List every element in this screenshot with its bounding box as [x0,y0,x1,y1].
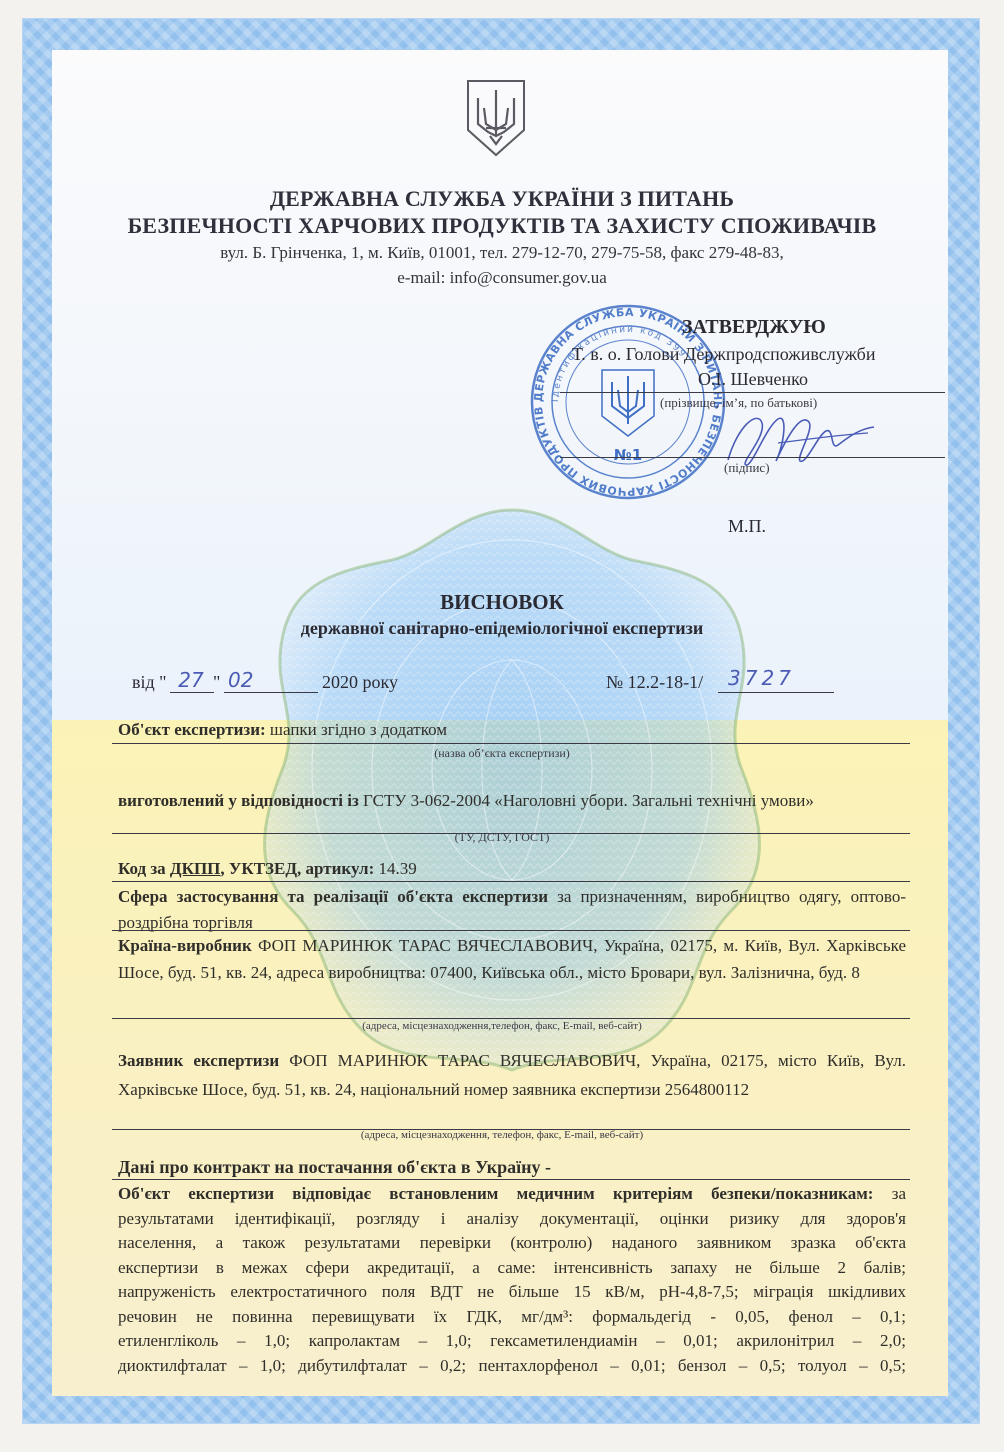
standard-hint: (ТУ, ДСТУ, ГОСТ) [0,830,1004,845]
conclusion-line: результатами ідентифікації, розгляду і а… [118,1207,906,1232]
field-code: Код за ДКПП, УКТЗЕД, артикул: 14.39 [118,856,906,882]
conclusion-line: етиленгліколь – 1,0; капролактам – 1,0; … [118,1329,906,1354]
signature-hint: (підпис) [724,460,770,476]
document-number-underline [718,692,834,693]
object-underline [112,743,910,744]
date-day-underline [170,692,214,693]
date-prefix: від " [132,672,167,693]
signature-underline [560,457,945,458]
conclusion-line: населення, а також результатами перевірк… [118,1231,906,1256]
conclusion-text: Об'єкт експертизи відповідає встановлени… [118,1182,906,1378]
conclusion-line: експертизи в межах сфери акредитації, а … [118,1256,906,1281]
date-month-underline [224,692,318,693]
object-hint: (назва об’єкта експертизи) [0,746,1004,761]
field-scope: Сфера застосування та реалізації об'єкта… [118,884,906,936]
authority-email: e-mail: info@consumer.gov.ua [0,268,1004,288]
conclusion-line: напруженість електростатичного поля ВДТ … [118,1280,906,1305]
document-number-handwritten: 3727 [728,666,795,690]
conclusion-line: речовин не повинна перевищувати їх ГДК, … [118,1305,906,1330]
contract-underline [112,1179,910,1180]
approval-title: ЗАТВЕРДЖУЮ [682,316,826,339]
country-hint: (адреса, місцезнаходження,телефон, факс,… [0,1020,1004,1032]
applicant-hint: (адреса, місцезнаходження, телефон, факс… [0,1129,1004,1141]
approver-role: Т. в. о. Голови Держпродспоживслужби [572,344,875,365]
authority-name-line1: ДЕРЖАВНА СЛУЖБА УКРАЇНИ З ПИТАНЬ [0,186,1004,212]
field-standard: виготовлений у відповідності із ГСТУ 3-0… [118,788,906,814]
code-underline [112,881,910,882]
field-country: Країна-виробник ФОП МАРИНЮК ТАРАС ВЯЧЕСЛ… [118,932,906,986]
scope-underline [112,930,910,931]
field-object: Об'єкт експертизи: шапки згідно з додатк… [118,717,906,743]
document-subtitle: державної санітарно-епідеміологічної екс… [0,618,1004,639]
authority-address: вул. Б. Грінченка, 1, м. Київ, 01001, те… [0,243,1004,263]
country-underline [112,1018,910,1019]
conclusion-line: диоктилфталат – 1,0; дибутилфталат – 0,2… [118,1354,906,1379]
date-month-handwritten: 02 [224,668,320,692]
date-year: 2020 року [322,672,398,693]
svg-text:№1: №1 [614,446,642,464]
approver-name: О.І. Шевченко [698,369,808,390]
seal-mark: М.П. [728,516,766,537]
trident-coat-of-arms-icon [464,78,528,158]
field-contract: Дані про контракт на постачання об'єкта … [118,1154,906,1180]
conclusion-line: Об'єкт експертизи відповідає встановлени… [118,1182,906,1207]
document-number-label: № 12.2-18-1/ [606,672,703,693]
document-title: ВИСНОВОК [0,590,1004,615]
authority-name-line2: БЕЗПЕЧНОСТІ ХАРЧОВИХ ПРОДУКТІВ ТА ЗАХИСТ… [0,213,1004,239]
date-quote-close: " [213,672,220,693]
field-applicant: Заявник експертизи ФОП МАРИНЮК ТАРАС ВЯЧ… [118,1046,906,1104]
date-day-handwritten: 27 [170,668,212,692]
approver-name-underline [560,392,945,393]
